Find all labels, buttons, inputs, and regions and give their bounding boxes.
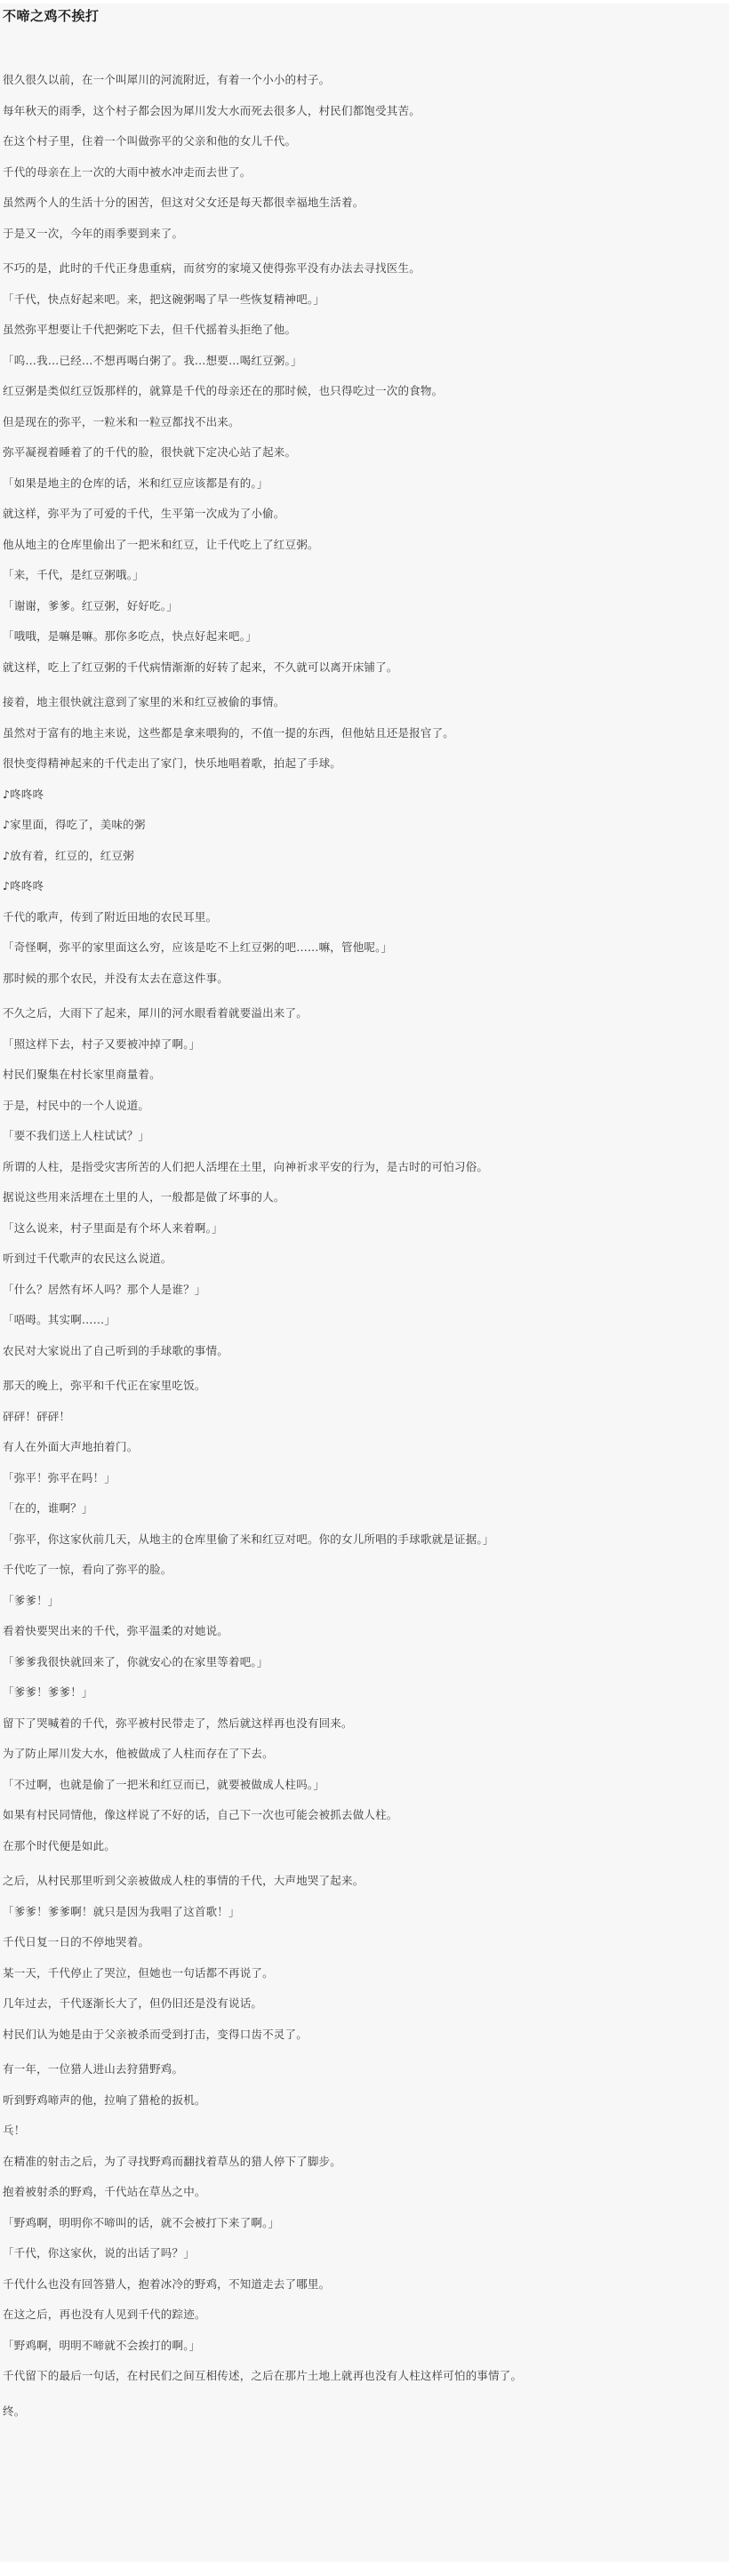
story-paragraph: ♪咚咚咚 bbox=[3, 789, 720, 801]
story-paragraph: ♪咚咚咚 bbox=[3, 881, 720, 892]
story-paragraph: ♪放有着，红豆的，红豆粥 bbox=[3, 851, 720, 862]
story-paragraph: 某一天，千代停止了哭泣，但她也一句话都不再说了。 bbox=[3, 1968, 720, 1980]
story-paragraph: 很久很久以前，在一个叫犀川的河流附近，有着一个小小的村子。 bbox=[3, 75, 720, 86]
story-paragraph: 如果有村民同情他，像这样说了不好的话，自己下一次也可能会被抓去做人柱。 bbox=[3, 1810, 720, 1821]
story-paragraph: 「谢谢，爹爹。红豆粥，好好吃。」 bbox=[3, 601, 720, 612]
story-paragraph: 很快变得精神起来的千代走出了家门，快乐地唱着歌，拍起了手球。 bbox=[3, 758, 720, 770]
story-paragraph: 接着，地主很快就注意到了家里的米和红豆被偷的事情。 bbox=[3, 697, 720, 708]
story-paragraph: 他从地主的仓库里偷出了一把米和红豆，让千代吃上了红豆粥。 bbox=[3, 540, 720, 551]
story-paragraph: 「弥平，你这家伙前几天，从地主的仓库里偷了米和红豆对吧。你的女儿所唱的手球歌就是… bbox=[3, 1534, 720, 1546]
story-section: 终。 bbox=[3, 2406, 720, 2418]
story-paragraph: 「爹爹！爹爹啊！就只是因为我唱了这首歌！」 bbox=[3, 1907, 720, 1918]
story-paragraph: 在这个村子里，住着一个叫做弥平的父亲和他的女儿千代。 bbox=[3, 136, 720, 148]
story-paragraph: 不巧的是，此时的千代正身患重病，而贫穷的家境又使得弥平没有办法去寻找医生。 bbox=[3, 263, 720, 275]
story-paragraph: 几年过去，千代逐渐长大了，但仍旧还是没有说话。 bbox=[3, 1998, 720, 2010]
story-paragraph: 那时候的那个农民，并没有太去在意这件事。 bbox=[3, 973, 720, 985]
story-paragraph: 听到野鸡啼声的他，拉响了猎枪的扳机。 bbox=[3, 2095, 720, 2107]
story-paragraph: 为了防止犀川发大水，他被做成了人柱而存在了下去。 bbox=[3, 1748, 720, 1760]
story-paragraph: 就这样，吃上了红豆粥的千代病情渐渐的好转了起来，不久就可以离开床铺了。 bbox=[3, 662, 720, 674]
story-section: 之后，从村民那里听到父亲被做成人柱的事情的千代，大声地哭了起来。「爹爹！爹爹啊！… bbox=[3, 1876, 720, 2040]
story-paragraph: 农民对大家说出了自己听到的手球歌的事情。 bbox=[3, 1346, 720, 1357]
story-paragraph: 「野鸡啊，明明你不啼叫的话，就不会被打下来了啊。」 bbox=[3, 2218, 720, 2229]
story-paragraph: 所谓的人柱，是指受灾害所苦的人们把人活埋在土里，向神祈求平安的行为，是古时的可怕… bbox=[3, 1162, 720, 1173]
story-paragraph: 砰砰！砰砰！ bbox=[3, 1412, 720, 1423]
story-paragraph: 之后，从村民那里听到父亲被做成人柱的事情的千代，大声地哭了起来。 bbox=[3, 1876, 720, 1887]
story-paragraph: 「照这样下去，村子又要被冲掉了啊。」 bbox=[3, 1039, 720, 1051]
story-paragraph: 虽然弥平想要让千代把粥吃下去，但千代摇着头拒绝了他。 bbox=[3, 324, 720, 336]
story-section: 不久之后，大雨下了起来，犀川的河水眼看着就要溢出来了。「照这样下去，村子又要被冲… bbox=[3, 1008, 720, 1356]
story-paragraph: 不久之后，大雨下了起来，犀川的河水眼看着就要溢出来了。 bbox=[3, 1008, 720, 1020]
story-paragraph: 虽然两个人的生活十分的困苦，但这对父女还是每天都很幸福地生活着。 bbox=[3, 197, 720, 209]
story-paragraph: 「唔呣。其实啊……」 bbox=[3, 1315, 720, 1326]
story-paragraph: 有人在外面大声地拍着门。 bbox=[3, 1442, 720, 1453]
story-paragraph: 「哦哦，是嘛是嘛。那你多吃点，快点好起来吧。」 bbox=[3, 631, 720, 643]
story-paragraph: 于是又一次，今年的雨季要到来了。 bbox=[3, 228, 720, 240]
story-paragraph: 「呜…我…已经…不想再喝白粥了。我…想要…喝红豆粥。」 bbox=[3, 356, 720, 367]
document-page: 不啼之鸡不挨打 很久很久以前，在一个叫犀川的河流附近，有着一个小小的村子。每年秋… bbox=[0, 4, 729, 2562]
story-section: 有一年，一位猎人进山去狩猎野鸡。听到野鸡啼声的他，拉响了猎枪的扳机。乓！在精准的… bbox=[3, 2064, 720, 2382]
story-paragraph: 弥平凝视着睡着了的千代的脸，很快就下定决心站了起来。 bbox=[3, 447, 720, 459]
story-paragraph: 据说这些用来活埋在土里的人，一般都是做了坏事的人。 bbox=[3, 1192, 720, 1204]
story-paragraph: 看着快要哭出来的千代，弥平温柔的对她说。 bbox=[3, 1626, 720, 1637]
story-body: 很久很久以前，在一个叫犀川的河流附近，有着一个小小的村子。每年秋天的雨季，这个村… bbox=[3, 75, 720, 2417]
story-paragraph: 「如果是地主的仓库的话，米和红豆应该都是有的。」 bbox=[3, 478, 720, 490]
story-paragraph: 在这之后，再也没有人见到千代的踪迹。 bbox=[3, 2309, 720, 2321]
story-section: 不巧的是，此时的千代正身患重病，而贫穷的家境又使得弥平没有办法去寻找医生。「千代… bbox=[3, 263, 720, 673]
story-section: 很久很久以前，在一个叫犀川的河流附近，有着一个小小的村子。每年秋天的雨季，这个村… bbox=[3, 75, 720, 239]
story-paragraph: 乓！ bbox=[3, 2125, 720, 2137]
story-paragraph: 「爹爹！」 bbox=[3, 1596, 720, 1607]
story-paragraph: 千代的母亲在上一次的大雨中被水冲走而去世了。 bbox=[3, 167, 720, 179]
story-paragraph: 「爹爹！爹爹！」 bbox=[3, 1687, 720, 1699]
story-paragraph: 千代什么也没有回答猎人，抱着冰冷的野鸡，不知道走去了哪里。 bbox=[3, 2279, 720, 2291]
story-section: 那天的晚上，弥平和千代正在家里吃饭。砰砰！砰砰！有人在外面大声地拍着门。「弥平！… bbox=[3, 1380, 720, 1852]
story-paragraph: 但是现在的弥平，一粒米和一粒豆都找不出来。 bbox=[3, 417, 720, 428]
story-paragraph: 千代的歌声，传到了附近田地的农民耳里。 bbox=[3, 912, 720, 924]
story-paragraph: 「爹爹我很快就回来了，你就安心的在家里等着吧。」 bbox=[3, 1657, 720, 1668]
story-paragraph: 虽然对于富有的地主来说，这些都是拿来喂狗的，不值一提的东西，但他姑且还是报官了。 bbox=[3, 728, 720, 740]
story-paragraph: 「这么说来，村子里面是有个坏人来着啊。」 bbox=[3, 1223, 720, 1235]
story-paragraph: 抱着被射杀的野鸡，千代站在草丛之中。 bbox=[3, 2187, 720, 2198]
story-paragraph: 每年秋天的雨季，这个村子都会因为犀川发大水而死去很多人，村民们都饱受其苦。 bbox=[3, 106, 720, 117]
story-paragraph: 「不过啊，也就是偷了一把米和红豆而已，就要被做成人柱吗。」 bbox=[3, 1780, 720, 1791]
story-paragraph: 「弥平！弥平在吗！」 bbox=[3, 1473, 720, 1484]
story-paragraph: 「什么？居然有坏人吗？那个人是谁？」 bbox=[3, 1284, 720, 1296]
story-paragraph: 「要不我们送上人柱试试？」 bbox=[3, 1131, 720, 1142]
page-title: 不啼之鸡不挨打 bbox=[3, 9, 720, 23]
story-paragraph: 终。 bbox=[3, 2406, 720, 2418]
story-paragraph: 于是，村民中的一个人说道。 bbox=[3, 1100, 720, 1112]
story-paragraph: 听到过千代歌声的农民这么说道。 bbox=[3, 1253, 720, 1265]
story-paragraph: 千代日复一日的不停地哭着。 bbox=[3, 1937, 720, 1948]
story-paragraph: 村民们认为她是由于父亲被杀而受到打击，变得口齿不灵了。 bbox=[3, 2029, 720, 2041]
story-paragraph: 千代留下的最后一句话，在村民们之间互相传述，之后在那片土地上就再也没有人柱这样可… bbox=[3, 2371, 720, 2382]
story-paragraph: 就这样，弥平为了可爱的千代，生平第一次成为了小偷。 bbox=[3, 508, 720, 520]
story-paragraph: 「千代，快点好起来吧。来，把这碗粥喝了早一些恢复精神吧。」 bbox=[3, 294, 720, 306]
story-paragraph: 千代吃了一惊，看向了弥平的脸。 bbox=[3, 1564, 720, 1576]
story-paragraph: ♪家里面，得吃了，美味的粥 bbox=[3, 820, 720, 831]
story-paragraph: 那天的晚上，弥平和千代正在家里吃饭。 bbox=[3, 1380, 720, 1392]
story-section: 接着，地主很快就注意到了家里的米和红豆被偷的事情。虽然对于富有的地主来说，这些都… bbox=[3, 697, 720, 984]
story-paragraph: 在那个时代便是如此。 bbox=[3, 1841, 720, 1852]
story-paragraph: 留下了哭喊着的千代，弥平被村民带走了，然后就这样再也没有回来。 bbox=[3, 1718, 720, 1730]
story-paragraph: 「在的，谁啊？」 bbox=[3, 1503, 720, 1515]
story-paragraph: 「千代，你这家伙，说的出话了吗？」 bbox=[3, 2248, 720, 2260]
story-paragraph: 村民们聚集在村长家里商量着。 bbox=[3, 1069, 720, 1081]
story-paragraph: 「野鸡啊，明明不啼就不会挨打的啊。」 bbox=[3, 2340, 720, 2352]
story-paragraph: 红豆粥是类似红豆饭那样的，就算是千代的母亲还在的那时候，也只得吃过一次的食物。 bbox=[3, 386, 720, 397]
story-paragraph: 在精准的射击之后，为了寻找野鸡而翻找着草丛的猎人停下了脚步。 bbox=[3, 2156, 720, 2168]
story-paragraph: 「来，千代，是红豆粥哦。」 bbox=[3, 570, 720, 581]
story-paragraph: 「奇怪啊，弥平的家里面这么穷，应该是吃不上红豆粥的吧……嘛，管他呢。」 bbox=[3, 942, 720, 954]
story-paragraph: 有一年，一位猎人进山去狩猎野鸡。 bbox=[3, 2064, 720, 2076]
